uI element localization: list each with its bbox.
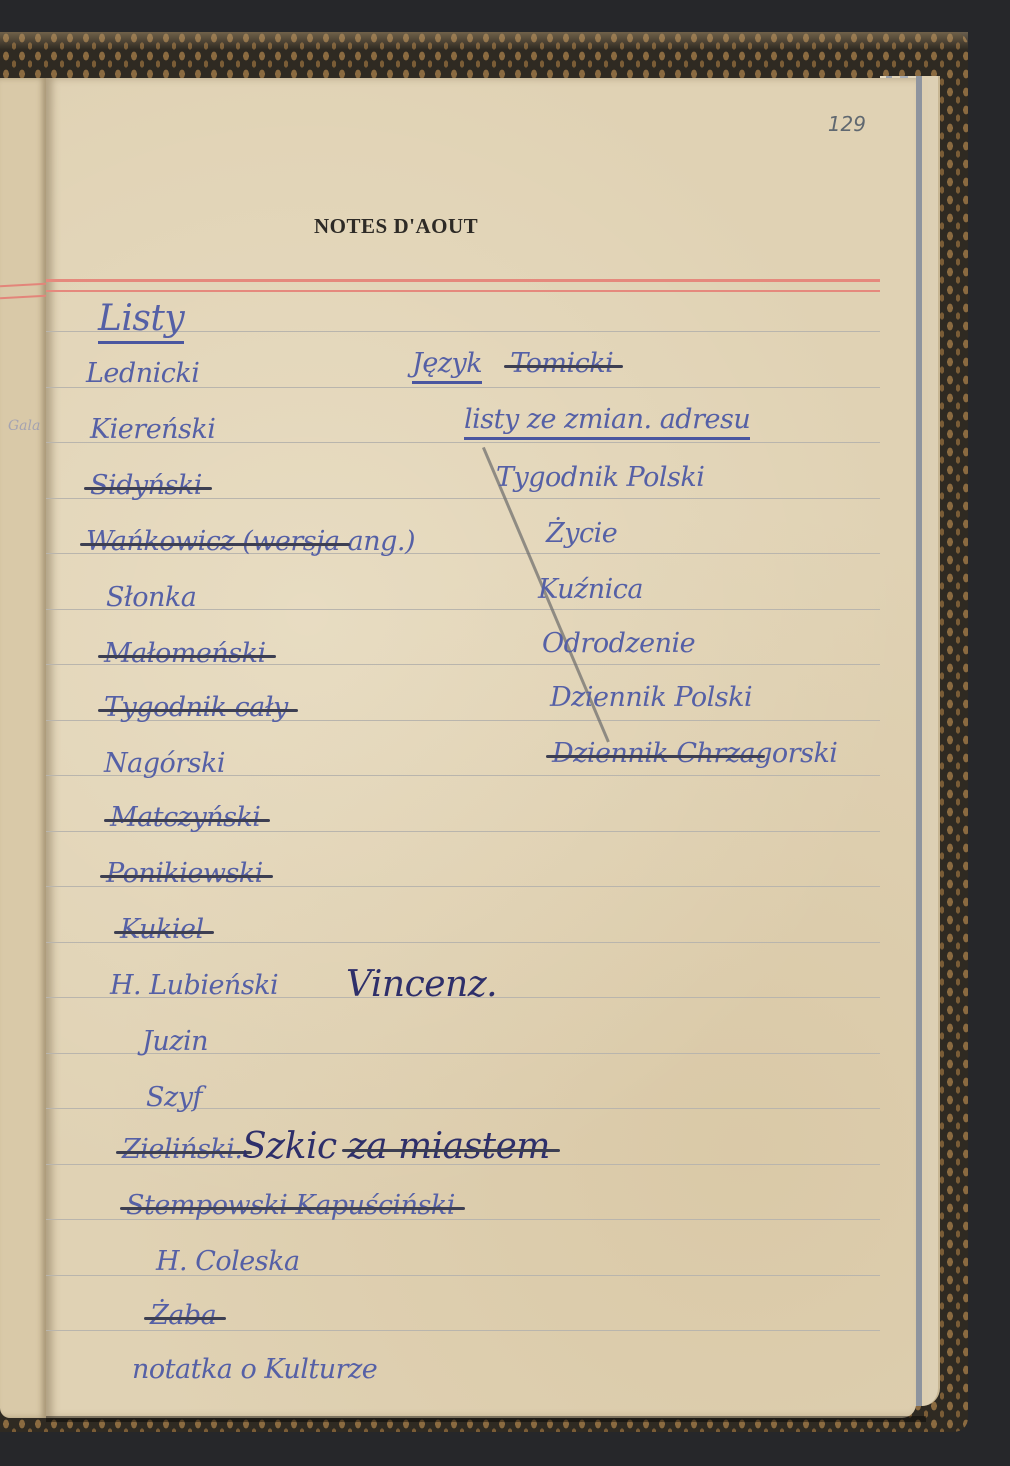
left-red-rule [0,295,46,299]
list-item: Szyf [146,1082,202,1113]
list-item-struck: Tygodnik cały [104,692,288,723]
vincenz-note: Vincenz. [346,964,497,1005]
list-item-struck: Żaba [150,1300,216,1331]
list-item-struck: Stempowski Kapuściński [126,1190,455,1221]
page-number: 129 [828,112,866,136]
list-title-text: Listy [98,298,184,344]
right-subtitle: listy ze zmian. adresu [464,404,750,435]
list-item-struck: Ponikiewski [106,858,263,889]
list-item-struck: Wańkowicz (wersja ang.) [86,526,415,557]
list-item: notatka o Kulturze [132,1354,377,1385]
list-title: Listy [98,298,184,339]
list-item-struck: Kukiel [120,914,204,945]
left-red-rule [0,283,46,287]
periodical-item-struck: Dziennik Chrzagorski [552,738,837,769]
periodical-item: Tygodnik Polski [496,462,704,493]
list-item: Lednicki [86,358,199,389]
list-item-struck: Zieliński. [122,1134,242,1165]
periodical-item: Dziennik Polski [550,682,752,713]
periodical-item: Odrodzenie [542,628,695,659]
list-item: Kiereński [90,414,215,445]
left-facing-page: Gala [0,78,46,1418]
list-item: H. Coleska [156,1246,300,1277]
right-header: Język Tomicki [412,348,613,379]
list-item: Nagórski [104,748,225,779]
left-margin-scribble: Gala [8,418,40,434]
list-item-struck: Sidyński [90,470,202,501]
cover-top-edge [0,32,968,76]
red-rule [46,290,880,292]
list-item: H. Lubieński [110,970,278,1001]
page-heading: NOTES D'AOUT [314,214,478,239]
page-bottom-shadow [46,1416,926,1422]
periodical-item: Życie [546,518,617,549]
notebook-page: 129 NOTES D'AOUT Listy Lednicki Kiereńsk… [46,78,916,1418]
list-item-struck: Małomeński [104,638,266,669]
list-item-struck: Matczyński [110,802,260,833]
szkic-note: Szkic za miastem [242,1126,550,1167]
red-rule [46,279,880,282]
list-item: Juzin [142,1026,208,1057]
list-item: Słonka [106,582,196,613]
periodical-item: Kuźnica [538,574,643,605]
